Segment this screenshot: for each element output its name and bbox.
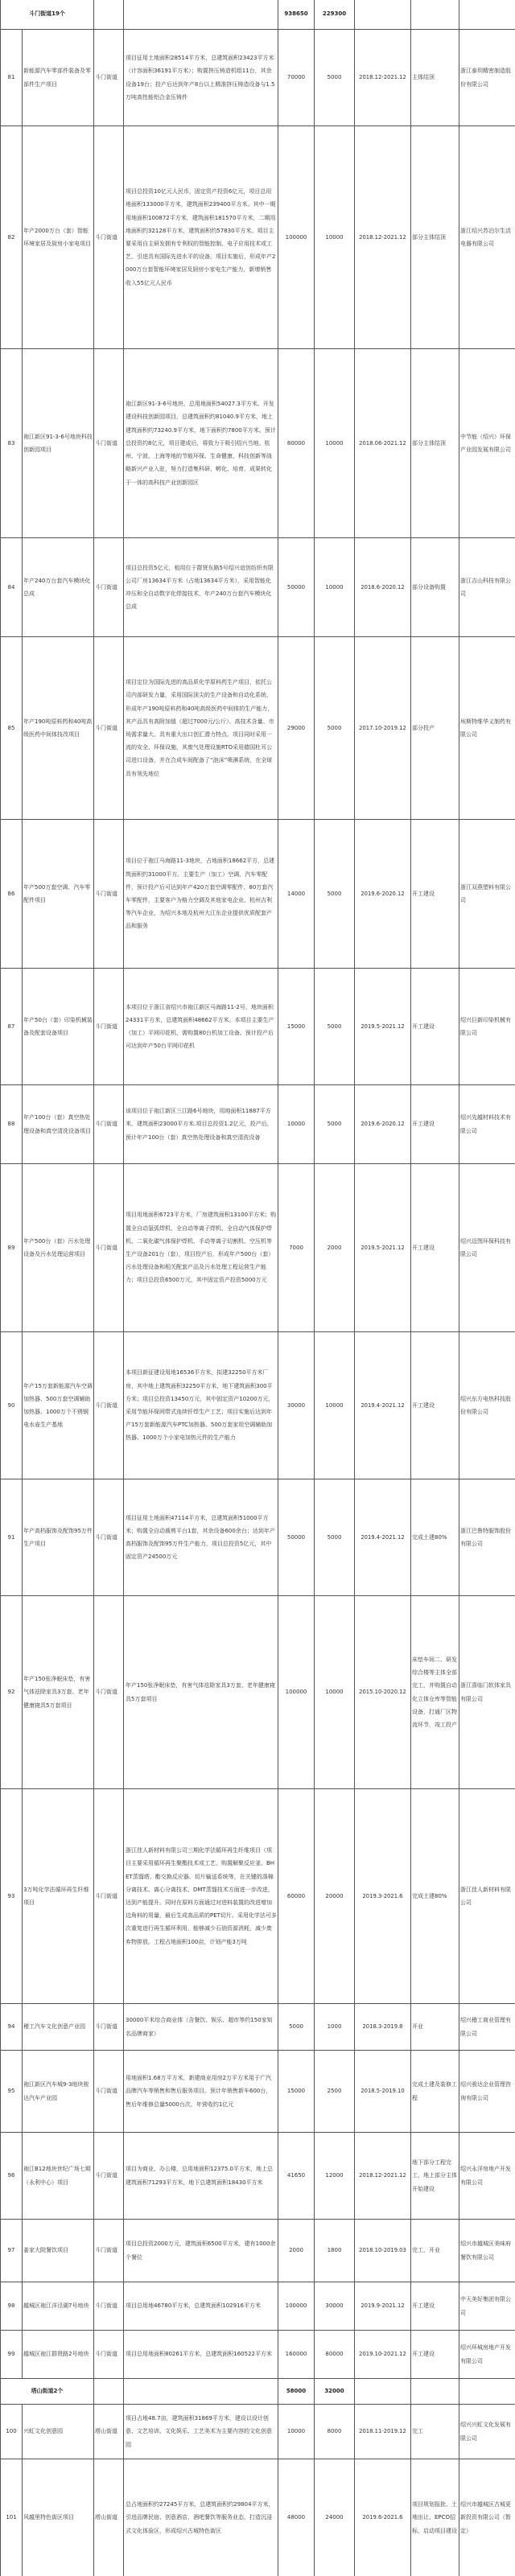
annual-investment: 10000: [315, 126, 355, 349]
project-content: 本项目位于浙江省绍兴市袍江新区马海路11-2号，地块面积24331平方米，总建筑…: [124, 969, 278, 1085]
project-number: 81: [1, 30, 23, 126]
street: 斗门街道: [94, 1479, 124, 1596]
table-row: 84 年产240万台套汽车模块化总成 斗门街道 项目总投资5亿元，租用位于群贤东…: [1, 538, 515, 637]
project-name: 袍江新区汽车城9-3地块骏达汽车产业园: [23, 2051, 94, 2133]
street: 斗门街道: [94, 126, 124, 349]
project-name: 年产500台（套）污水处理设备及污水处理运营项目: [23, 1164, 94, 1332]
table-row: 100 兴虹文化创意园 塔山街道 项目占地48.7亩，建筑面积31869平方米，…: [1, 2405, 515, 2459]
progress: 完成土建及装修工程: [411, 2051, 459, 2133]
total-investment: 10000: [278, 2405, 315, 2459]
subtotal-total-investment: 58000: [278, 2379, 315, 2405]
project-name: 年产15万套新能源汽车空调加热器、500万套空调辅助加热器、1000万个不锈钢电…: [23, 1332, 94, 1479]
street: 斗门街道: [94, 1085, 124, 1164]
construction-period: 2019.6-2020.12: [355, 1085, 411, 1164]
progress: 主体结顶: [411, 30, 459, 126]
project-number: 88: [1, 1085, 23, 1164]
project-content: 项目用地面积6723平方米，厂房建筑面积13100平方米；购置全自动氩弧焊机、全…: [124, 1164, 278, 1332]
project-name: 3万吨化学法循环再生纤维项目: [23, 1789, 94, 2004]
project-content: 项目为商业、办公楼，总用地面积12375.0平方米，地上总建筑面积71293平方…: [124, 2133, 278, 2220]
progress: 开工建设: [411, 969, 459, 1085]
progress: 完工: [411, 2405, 459, 2459]
empty-cell: [94, 2379, 124, 2405]
progress: 完成土建80%: [411, 1789, 459, 2004]
project-name: 袍江B12地块世纪广场七期（永利中心）项目: [23, 2133, 94, 2220]
progress: 开工建设: [411, 2282, 459, 2331]
subtotal-row: 塔山街道2个 58000 32000: [1, 2379, 515, 2405]
project-name: 新能源汽车零部件装备及零部件生产项目: [23, 30, 94, 126]
annual-investment: 5000: [315, 1479, 355, 1596]
total-investment: 80000: [278, 349, 315, 538]
table-row: 93 3万吨化学法循环再生纤维项目 斗门街道 浙江佳人新材料有限公司三期化学法循…: [1, 1789, 515, 2004]
annual-investment: 10000: [315, 349, 355, 538]
project-content: 浙江佳人新材料有限公司三期化学法循环再生纤维项目（项目主要采用循环再生聚酯技术或…: [124, 1789, 278, 2004]
company: 浙江双燕塑料有限公司: [459, 820, 515, 969]
progress: 完工，开业: [411, 2220, 459, 2282]
empty-cell: [124, 0, 278, 30]
total-investment: 30000: [278, 1332, 315, 1479]
project-number: 93: [1, 1789, 23, 2004]
construction-period: 2019.4-2021.12: [355, 1332, 411, 1479]
company: 绍兴稽工商业管理有限公司: [459, 2004, 515, 2051]
project-content: 项目总投资10亿元人民币，固定资产投资6亿元，项目总用地面积133000平方米，…: [124, 126, 278, 349]
street: 斗门街道: [94, 1332, 124, 1479]
company: 绍兴市越城区古城更新投资有限公司（暂定）: [459, 2459, 515, 2576]
street: 斗门街道: [94, 2133, 124, 2220]
subtotal-total-investment: 938650: [278, 0, 315, 30]
table-row: 101 风越里特色街区项目 塔山街道 总占地面积约27245平方米，总建筑面积约…: [1, 2459, 515, 2576]
annual-investment: 5000: [315, 969, 355, 1085]
project-name: 袍江新区91-3-6号地块科技创新园项目: [23, 349, 94, 538]
company: 中节能（绍兴）环保产业园发展有限公司: [459, 349, 515, 538]
company: 绍兴环城房地产开发有限公司: [459, 2331, 515, 2379]
company: 绍兴永洋房地产开发有限公司: [459, 2133, 515, 2220]
project-content: 项目总投资2000万元，建筑面积6500平方米，建有1000余个餐位: [124, 2220, 278, 2282]
progress: 部分设备购置: [411, 538, 459, 637]
street: 塔山街道: [94, 2405, 124, 2459]
annual-investment: 2500: [315, 2051, 355, 2133]
project-content: 项目总投资5亿元，租用位于群贤东路5号绍兴谊创纺织有限公司厂房13634平方米（…: [124, 538, 278, 637]
annual-investment: 2000: [315, 1164, 355, 1332]
company: 绍兴市越城区美味府餐饮有限公司: [459, 2220, 515, 2282]
project-content: 年产150张净眠床垫，有害气体祛除家具3万套、老年健康寝具5万套项目: [124, 1596, 278, 1789]
company: 浙江佳人新材料有限公司: [459, 1789, 515, 2004]
company: 绍兴迈图环保科技有限公司: [459, 1164, 515, 1332]
project-name: 年产190吨原料药和40吨高级医药中间体技改项目: [23, 637, 94, 820]
project-content: 用地面积1.68万平方米，新建商业用房2万平方米用于广汽品牌汽车等销售和售后服务…: [124, 2051, 278, 2133]
construction-period: 2019.5-2021.12: [355, 1164, 411, 1332]
project-number: 83: [1, 349, 23, 538]
progress: 开工建设: [411, 1085, 459, 1164]
annual-investment: 5000: [315, 30, 355, 126]
empty-cell: [459, 2379, 515, 2405]
total-investment: 50000: [278, 538, 315, 637]
project-number: 84: [1, 538, 23, 637]
street: 斗门街道: [94, 637, 124, 820]
table-row: 96 袍江B12地块世纪广场七期（永利中心）项目 斗门街道 项目为商业、办公楼，…: [1, 2133, 515, 2220]
annual-investment: 1000: [315, 2004, 355, 2051]
project-content: 项目总用地面积80261平方米，总建筑面积160522平方米: [124, 2331, 278, 2379]
project-number: 100: [1, 2405, 23, 2459]
street: 斗门街道: [94, 538, 124, 637]
total-investment: 14000: [278, 820, 315, 969]
project-content: 项目占地48.7亩，建筑面积31869平方米，建设以设计创意、文艺培训、文化娱乐…: [124, 2405, 278, 2459]
table-row: 99 越城区袍江群贤路2号地块 斗门街道 项目总用地面积80261平方米，总建筑…: [1, 2331, 515, 2379]
project-content: 总占地面积约27245平方米，总建筑面积约29804平方米，引进品牌民宿、创意酒…: [124, 2459, 278, 2576]
construction-period: 2019.10-2021.12: [355, 2331, 411, 2379]
company: 绍兴兴虹文化发展有限公司: [459, 2405, 515, 2459]
project-number: 97: [1, 2220, 23, 2282]
total-investment: 2000: [278, 2220, 315, 2282]
total-investment: 41650: [278, 2133, 315, 2220]
project-number: 94: [1, 2004, 23, 2051]
project-number: 90: [1, 1332, 23, 1479]
street: 斗门街道: [94, 2220, 124, 2282]
annual-investment: 20000: [315, 1789, 355, 2004]
project-number: 85: [1, 637, 23, 820]
progress: 部分主体结顶: [411, 126, 459, 349]
total-investment: 100000: [278, 2282, 315, 2331]
construction-period: 2017.10-2019.12: [355, 637, 411, 820]
street: 斗门街道: [94, 349, 124, 538]
project-name: 年产2000万台（套）智能环境家居及厨房小家电项目: [23, 126, 94, 349]
construction-period: 2018.3-2019.8: [355, 2004, 411, 2051]
construction-period: 2018.5-2019.10: [355, 2051, 411, 2133]
construction-period: 2019.6-2021.6: [355, 2459, 411, 2576]
total-investment: 7000: [278, 1164, 315, 1332]
progress: 地下部分工程完工，地上部分主体开始建设: [411, 2133, 459, 2220]
project-number: 99: [1, 2331, 23, 2379]
table-row: 98 越城区袍江洋泾湖7号地块 斗门街道 项目总用地46780平方米，总建筑面积…: [1, 2282, 515, 2331]
table-row: 86 年产500万套空调、汽车零配件项目 斗门街道 项目位于袍江马海路11-3地…: [1, 820, 515, 969]
construction-period: 2018.06-2021.12: [355, 349, 411, 538]
table-row: 88 年产100台（套）真空热处理设备和真空清洗设备项目 斗门街道 该项目位于袍…: [1, 1085, 515, 1164]
annual-investment: 80000: [315, 2331, 355, 2379]
project-content: 项目位于袍江马海路11-3地块，占地面积18662平方，总建筑面积约31000平…: [124, 820, 278, 969]
project-content: 项目定位为国际先进的高品质化学原料药生产项目，依托公司内部研发力量，采用国际顶尖…: [124, 637, 278, 820]
empty-cell: [411, 0, 459, 30]
project-content: 项目征用土地面积47114平方米，总建筑面积51000平方米；购置全自动裁剪平台…: [124, 1479, 278, 1596]
construction-period: 2015.10-2020.12: [355, 1596, 411, 1789]
project-name: 姜家大院餐饮项目: [23, 2220, 94, 2282]
empty-cell: [459, 0, 515, 30]
total-investment: 10000: [278, 1085, 315, 1164]
total-investment: 60000: [278, 1789, 315, 2004]
table-row: 85 年产190吨原料药和40吨高级医药中间体技改项目 斗门街道 项目定位为国际…: [1, 637, 515, 820]
company: 中天美好集团有限公司: [459, 2282, 515, 2331]
table-row: 94 稽工汽车文化创意产业园 斗门街道 30000平米综合商业体（含餐饮、娱乐、…: [1, 2004, 515, 2051]
annual-investment: 30000: [315, 2282, 355, 2331]
street: 斗门街道: [94, 1164, 124, 1332]
street: 斗门街道: [94, 2004, 124, 2051]
table-row: 90 年产15万套新能源汽车空调加热器、500万套空调辅助加热器、1000万个不…: [1, 1332, 515, 1479]
total-investment: 160000: [278, 2331, 315, 2379]
table-row: 87 年产50台（套）印染机械装备及配套设备项目 斗门街道 本项目位于浙江省绍兴…: [1, 969, 515, 1085]
table-row: 91 年产高档服饰及配饰95万件生产项目 斗门街道 项目征用土地面积47114平…: [1, 1479, 515, 1596]
project-content: 本项目新征建设用地16536平方米，拟建32250平方米厂房，其中地上建筑面积3…: [124, 1332, 278, 1479]
table-row: 82 年产2000万台（套）智能环境家居及厨房小家电项目 斗门街道 项目总投资1…: [1, 126, 515, 349]
project-number: 82: [1, 126, 23, 349]
progress: 开工建设: [411, 1164, 459, 1332]
total-investment: 70000: [278, 30, 315, 126]
project-name: 年产240万台套汽车模块化总成: [23, 538, 94, 637]
empty-cell: [355, 2379, 411, 2405]
construction-period: 2018.12-2021.12: [355, 2133, 411, 2220]
annual-investment: 5000: [315, 820, 355, 969]
street: 斗门街道: [94, 2051, 124, 2133]
company: 浙江绍兴苏泊尔生活电器有限公司: [459, 126, 515, 349]
progress: 开工建设: [411, 1332, 459, 1479]
total-investment: 100000: [278, 1596, 315, 1789]
construction-period: 2018.12-2021.12: [355, 126, 411, 349]
total-investment: 5000: [278, 2004, 315, 2051]
street: 斗门街道: [94, 820, 124, 969]
subtotal-annual-investment: 32000: [315, 2379, 355, 2405]
table-row: 97 姜家大院餐饮项目 斗门街道 项目总投资2000万元，建筑面积6500平方米…: [1, 2220, 515, 2282]
street: 斗门街道: [94, 969, 124, 1085]
annual-investment: 10000: [315, 1332, 355, 1479]
subtotal-annual-investment: 229300: [315, 0, 355, 30]
table-row: 95 袍江新区汽车城9-3地块骏达汽车产业园 斗门街道 用地面积1.68万平方米…: [1, 2051, 515, 2133]
construction-period: 2018.11-2019.12: [355, 2405, 411, 2459]
empty-cell: [94, 0, 124, 30]
progress: 部分投产: [411, 637, 459, 820]
construction-period: 2018.12-2021.12: [355, 30, 411, 126]
project-name: 稽工汽车文化创意产业园: [23, 2004, 94, 2051]
table-row: 83 袍江新区91-3-6号地块科技创新园项目 斗门街道 袍江新区91-3-6号…: [1, 349, 515, 538]
company: 埃斯特维华义制药有限公司: [459, 637, 515, 820]
empty-cell: [124, 2379, 278, 2405]
total-investment: 29000: [278, 637, 315, 820]
annual-investment: 5000: [315, 1085, 355, 1164]
total-investment: 15000: [278, 2051, 315, 2133]
project-table: 斗门街道19个 938650 229300 81 新能源汽车零部件装备及零部件生…: [0, 0, 515, 2576]
project-name: 年产500万套空调、汽车零配件项目: [23, 820, 94, 969]
project-number: 87: [1, 969, 23, 1085]
progress: 项目规划报批、土地出让、EPCO招标，启动项目建设: [411, 2459, 459, 2576]
project-content: 项目总用地46780平方米，总建筑面积102916平方米: [124, 2282, 278, 2331]
project-name: 兴虹文化创意园: [23, 2405, 94, 2459]
total-investment: 100000: [278, 126, 315, 349]
table-row: 81 新能源汽车零部件装备及零部件生产项目 斗门街道 项目征用土地面积28514…: [1, 30, 515, 126]
company: 绍兴骏达企业管理咨询有限公司: [459, 2051, 515, 2133]
subtotal-label: 塔山街道2个: [1, 2379, 94, 2405]
construction-period: 2019.4-2021.12: [355, 1479, 411, 1596]
project-number: 98: [1, 2282, 23, 2331]
project-name: 年产高档服饰及配饰95万件生产项目: [23, 1479, 94, 1596]
construction-period: 2019.9-2021.12: [355, 2282, 411, 2331]
street: 斗门街道: [94, 1596, 124, 1789]
street: 斗门街道: [94, 1789, 124, 2004]
street: 斗门街道: [94, 2282, 124, 2331]
table-row: 92 年产150张净眠床垫，有害气体祛除家具3万套、老年健康寝具5万套项目 斗门…: [1, 1596, 515, 1789]
annual-investment: 5000: [315, 637, 355, 820]
project-name: 越城区袍江群贤路2号地块: [23, 2331, 94, 2379]
construction-period: 2018.6-2020.12: [355, 538, 411, 637]
progress: 开工建设: [411, 820, 459, 969]
table-row: 89 年产500台（套）污水处理设备及污水处理运营项目 斗门街道 项目用地面积6…: [1, 1164, 515, 1332]
progress: 完成土建80%: [411, 1479, 459, 1596]
total-investment: 15000: [278, 969, 315, 1085]
company: 绍兴东方电热科技股份有限公司: [459, 1332, 515, 1479]
project-number: 92: [1, 1596, 23, 1789]
project-content: 袍江新区91-3-6号地块，总用地面积54027.3平方米。开发建设科技创新园项…: [124, 349, 278, 538]
project-content: 该项目位于袍江新区三江路6号地块，用地面积11887平方米，建筑面积23000平…: [124, 1085, 278, 1164]
project-content: 项目征用土地面积28514平方米，总建筑面积23423平方米（计容面积36191…: [124, 30, 278, 126]
project-number: 101: [1, 2459, 23, 2576]
street: 斗门街道: [94, 30, 124, 126]
subtotal-label: 斗门街道19个: [1, 0, 94, 30]
street: 塔山街道: [94, 2459, 124, 2576]
project-number: 95: [1, 2051, 23, 2133]
company: 浙江吉山科技有限公司: [459, 538, 515, 637]
empty-cell: [355, 0, 411, 30]
annual-investment: 10000: [315, 1596, 355, 1789]
company: 绍兴巨新印染机械有限公司: [459, 969, 515, 1085]
project-name: 风越里特色街区项目: [23, 2459, 94, 2576]
annual-investment: 1800: [315, 2220, 355, 2282]
company: 绍兴先越材料技术有限公司: [459, 1085, 515, 1164]
empty-cell: [411, 2379, 459, 2405]
annual-investment: 8000: [315, 2405, 355, 2459]
project-name: 越城区袍江洋泾湖7号地块: [23, 2282, 94, 2331]
subtotal-row: 斗门街道19个 938650 229300: [1, 0, 515, 30]
progress: 床垫车间二、研发综合楼等主体全部完工，并购置自动化立体仓库等智能设备，打通厂区物…: [411, 1596, 459, 1789]
construction-period: 2019.3-2021.6: [355, 1789, 411, 2004]
project-number: 89: [1, 1164, 23, 1332]
project-number: 91: [1, 1479, 23, 1596]
project-content: 30000平米综合商业体（含餐饮、娱乐、超市等约150家知名品牌商家）: [124, 2004, 278, 2051]
project-name: 年产150张净眠床垫，有害气体祛除家具3万套、老年健康寝具5万套项目: [23, 1596, 94, 1789]
project-number: 86: [1, 820, 23, 969]
progress: 开业: [411, 2004, 459, 2051]
project-name: 年产100台（套）真空热处理设备和真空清洗设备项目: [23, 1085, 94, 1164]
construction-period: 2018.10-2019.03: [355, 2220, 411, 2282]
project-number: 96: [1, 2133, 23, 2220]
annual-investment: 24000: [315, 2459, 355, 2576]
progress: 开工建设: [411, 2331, 459, 2379]
project-name: 年产50台（套）印染机械装备及配套设备项目: [23, 969, 94, 1085]
total-investment: 50000: [278, 1479, 315, 1596]
progress: 部分主体结顶: [411, 349, 459, 538]
company: 浙江泰玥精密制造股份有限公司: [459, 30, 515, 126]
annual-investment: 12000: [315, 2133, 355, 2220]
street: 斗门街道: [94, 2331, 124, 2379]
construction-period: 2019.6-2020.12: [355, 820, 411, 969]
construction-period: 2019.5-2021.12: [355, 969, 411, 1085]
company: 浙江喜临门软体家具有限公司: [459, 1596, 515, 1789]
annual-investment: 10000: [315, 538, 355, 637]
company: 浙江巴鲁特服饰股份有限公司: [459, 1479, 515, 1596]
total-investment: 48000: [278, 2459, 315, 2576]
